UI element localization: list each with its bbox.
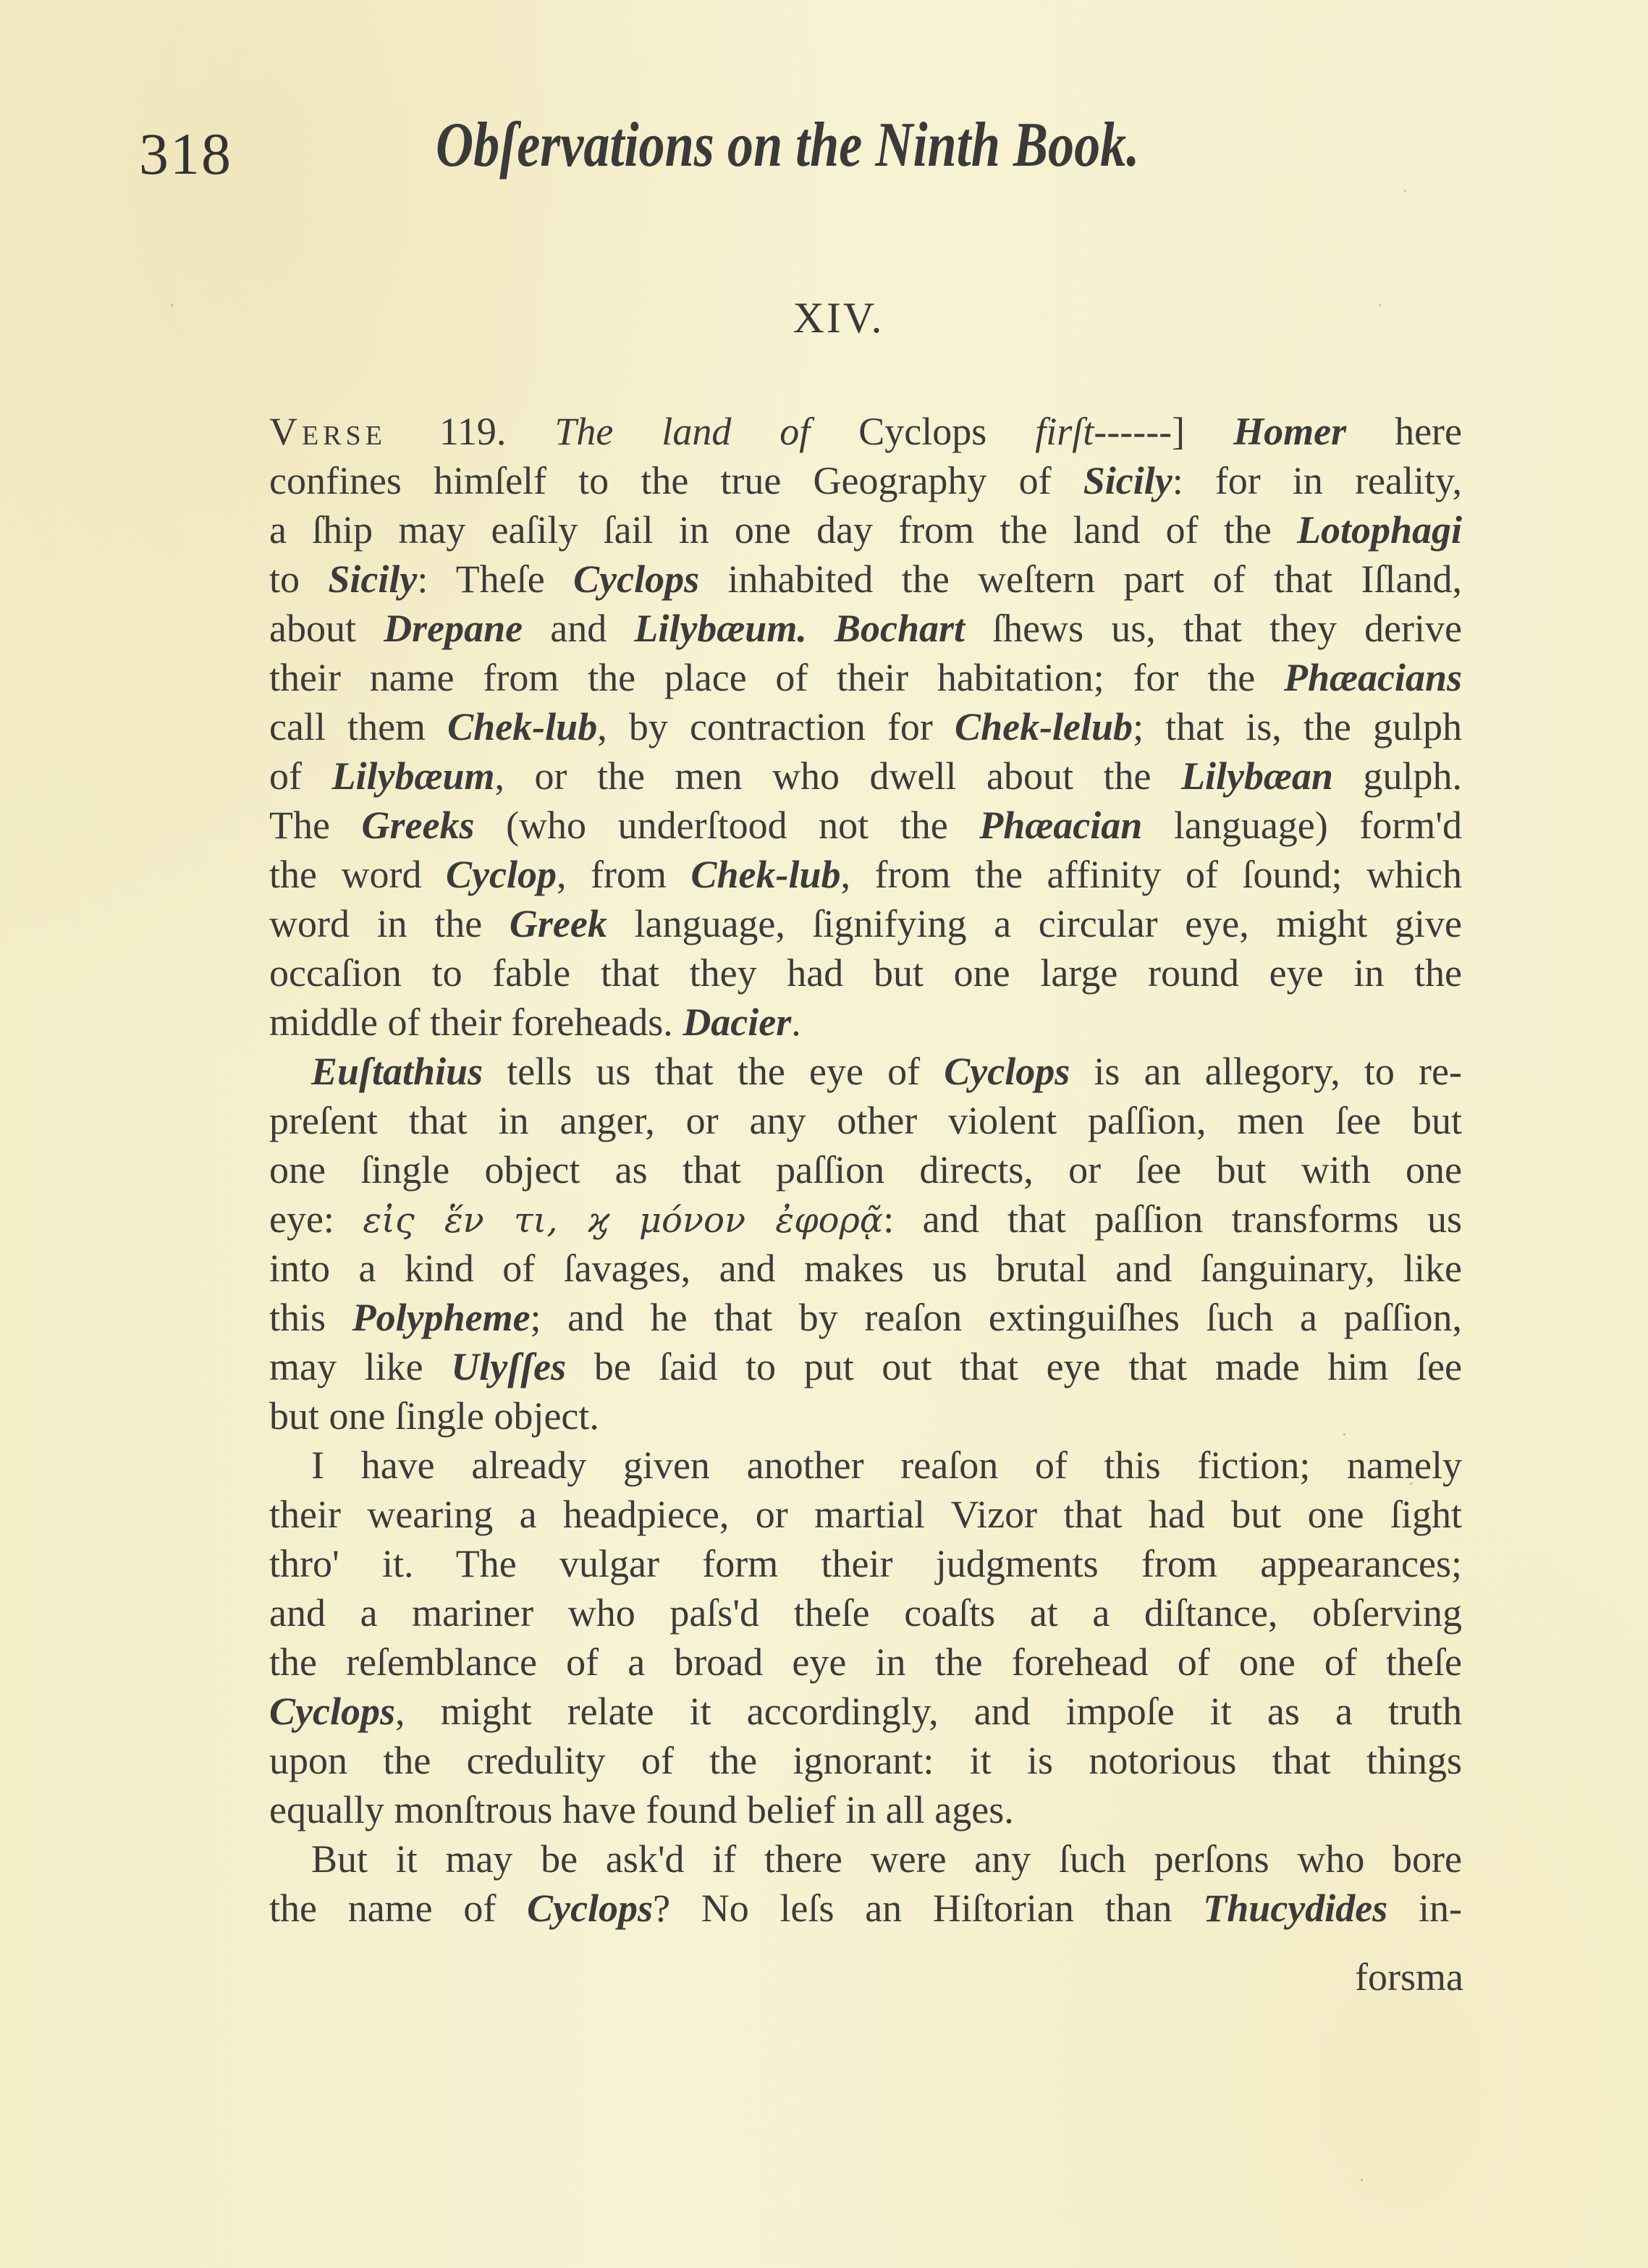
italic-name: Euſtathius xyxy=(311,1050,483,1093)
text-line: middle of their foreheads. Dacier. xyxy=(269,998,1462,1047)
paper-speck xyxy=(1343,1433,1345,1436)
italic-name: Cyclops xyxy=(527,1887,653,1930)
roman-text: . xyxy=(791,1000,801,1044)
roman-text: one ſingle object as that paſſion direct… xyxy=(269,1148,1462,1192)
italic-name: Cyclop xyxy=(446,853,557,896)
paper-speck xyxy=(1361,2179,1363,2181)
roman-text: ; that is, the gulph xyxy=(1133,705,1462,749)
roman-text: , from xyxy=(557,853,691,896)
text-line: upon the credulity of the ignorant: it i… xyxy=(269,1736,1462,1785)
italic-name: Cyclops xyxy=(573,557,699,601)
text-line: preſent that in anger, or any other viol… xyxy=(269,1096,1462,1145)
text-line: their name from the place of their habit… xyxy=(269,653,1462,702)
text-line: the reſemblance of a broad eye in the fo… xyxy=(269,1637,1462,1687)
roman-text: a ſhip may eaſily ſail in one day from t… xyxy=(269,508,1297,552)
text-line: occaſion to fable that they had but one … xyxy=(269,948,1462,998)
roman-text: to xyxy=(269,557,328,601)
roman-text: thro' it. The vulgar form their judgment… xyxy=(269,1542,1462,1585)
italic-name: Thucydides xyxy=(1203,1887,1387,1930)
italic-name: Greek xyxy=(510,902,607,945)
roman-text: but one ſingle object. xyxy=(269,1394,599,1438)
roman-text: the name of xyxy=(269,1887,527,1930)
text-line: a ſhip may eaſily ſail in one day from t… xyxy=(269,505,1462,555)
italic-text: firſt------ xyxy=(1035,410,1172,453)
catchword: forsma xyxy=(1355,1955,1463,1999)
roman-text: : Theſe xyxy=(417,557,573,601)
roman-text: this xyxy=(269,1296,352,1339)
paper-speck xyxy=(1404,190,1406,192)
roman-text: and xyxy=(523,607,634,650)
roman-text: language, ſignifying a circular eye, mig… xyxy=(607,902,1462,945)
italic-name: Chek-lelub xyxy=(955,705,1133,749)
running-title: Obſervations on the Ninth Book. xyxy=(436,109,1139,182)
roman-text: their name from the place of their habit… xyxy=(269,656,1284,699)
roman-text: of xyxy=(269,754,332,798)
small-caps-text: Verse xyxy=(269,410,439,453)
roman-text: call them xyxy=(269,705,447,749)
roman-text: here xyxy=(1346,410,1462,453)
roman-text: their wearing a headpiece, or martial Vi… xyxy=(269,1493,1462,1536)
text-line: to Sicily: Theſe Cyclops inhabited the w… xyxy=(269,555,1462,604)
roman-text: ſhews us, that they derive xyxy=(965,607,1462,650)
italic-name: Ulyſſes xyxy=(451,1345,566,1388)
roman-text: : and that paſſion transforms us xyxy=(883,1197,1462,1241)
roman-text xyxy=(807,607,834,650)
roman-text: eye: xyxy=(269,1197,363,1241)
roman-text: the reſemblance of a broad eye in the fo… xyxy=(269,1640,1462,1684)
roman-text: , might relate it accordingly, and impoſ… xyxy=(395,1690,1462,1733)
roman-text: tells us that the eye of xyxy=(483,1050,944,1093)
roman-text: middle of their foreheads. xyxy=(269,1000,683,1044)
italic-name: Dacier xyxy=(683,1000,791,1044)
roman-text: in- xyxy=(1387,1887,1462,1930)
text-line: into a kind of ſavages, and makes us bru… xyxy=(269,1244,1462,1293)
italic-name: Bochart xyxy=(834,607,965,650)
text-line: confines himſelf to the true Geography o… xyxy=(269,456,1462,505)
text-line: equally monſtrous have found belief in a… xyxy=(269,1785,1462,1834)
roman-text: upon the credulity of the ignorant: it i… xyxy=(269,1739,1462,1782)
roman-text: ; and he that by reaſon extinguiſhes ſuc… xyxy=(531,1296,1462,1339)
text-line: thro' it. The vulgar form their judgment… xyxy=(269,1539,1462,1588)
roman-text: : for in reality, xyxy=(1172,459,1462,502)
roman-text: may like xyxy=(269,1345,451,1388)
roman-text: confines himſelf to the true Geography o… xyxy=(269,459,1083,502)
italic-name: Homer xyxy=(1233,410,1346,453)
roman-text: ? No leſs an Hiſtorian than xyxy=(653,1887,1203,1930)
roman-text: about xyxy=(269,607,384,650)
text-line: but one ſingle object. xyxy=(269,1391,1462,1441)
roman-text: (who underſtood not the xyxy=(475,804,980,847)
paper-speck xyxy=(171,304,173,306)
text-line: and a mariner who paſs'd theſe coaſts at… xyxy=(269,1588,1462,1637)
text-line: word in the Greek language, ſignifying a… xyxy=(269,899,1462,948)
roman-text: The xyxy=(269,804,362,847)
roman-text: language) form'd xyxy=(1142,804,1462,847)
body-text: Verse 119. The land of Cyclops firſt----… xyxy=(269,407,1462,1933)
paper-speck xyxy=(1379,304,1381,306)
text-line: may like Ulyſſes be ſaid to put out that… xyxy=(269,1342,1462,1391)
paper-speck xyxy=(1410,1483,1412,1485)
text-line: Verse 119. The land of Cyclops firſt----… xyxy=(269,407,1462,456)
text-line: I have already given another reaſon of t… xyxy=(269,1441,1462,1490)
roman-text: ] xyxy=(1172,410,1233,453)
roman-text: , or the men who dwell about the xyxy=(495,754,1181,798)
italic-name: Chek-lub xyxy=(690,853,840,896)
roman-text: But it may be ask'd if there were any ſu… xyxy=(311,1837,1462,1881)
text-line: the word Cyclop, from Chek-lub, from the… xyxy=(269,850,1462,899)
text-line: of Lilybæum, or the men who dwell about … xyxy=(269,751,1462,801)
text-line: But it may be ask'd if there were any ſu… xyxy=(269,1834,1462,1884)
text-line: their wearing a headpiece, or martial Vi… xyxy=(269,1490,1462,1539)
roman-text: and a mariner who paſs'd theſe coaſts at… xyxy=(269,1591,1462,1635)
book-page: 318 Obſervations on the Ninth Book. XIV.… xyxy=(0,0,1648,2268)
text-line: about Drepane and Lilybæum. Bochart ſhew… xyxy=(269,604,1462,653)
roman-text: 119. xyxy=(439,410,554,453)
text-line: Cyclops, might relate it accordingly, an… xyxy=(269,1687,1462,1736)
roman-text: I have already given another reaſon of t… xyxy=(311,1443,1462,1487)
roman-text: occaſion to fable that they had but one … xyxy=(269,951,1462,995)
roman-text: the word xyxy=(269,853,446,896)
roman-text: word in the xyxy=(269,902,510,945)
roman-text: into a kind of ſavages, and makes us bru… xyxy=(269,1247,1462,1290)
page-number: 318 xyxy=(139,120,232,188)
italic-name: Polypheme xyxy=(352,1296,531,1339)
greek-quotation: εἰς ἕν τι, ϗ μόνον ἐφορᾷ xyxy=(363,1200,883,1241)
italic-name: Lotophagi xyxy=(1297,508,1462,552)
roman-text: be ſaid to put out that eye that made hi… xyxy=(566,1345,1462,1388)
roman-text: gulph. xyxy=(1333,754,1462,798)
section-number: XIV. xyxy=(0,293,1648,343)
italic-name: Lilybæum. xyxy=(634,607,807,650)
italic-name: Cyclops xyxy=(944,1050,1070,1093)
roman-text: equally monſtrous have found belief in a… xyxy=(269,1788,1014,1831)
text-line: this Polypheme; and he that by reaſon ex… xyxy=(269,1293,1462,1342)
italic-name: Drepane xyxy=(384,607,523,650)
roman-text: , from the affinity of ſound; which xyxy=(841,853,1462,896)
text-line: call them Chek-lub, by contraction for C… xyxy=(269,702,1462,751)
italic-name: Phæacian xyxy=(979,804,1142,847)
italic-name: Cyclops xyxy=(269,1690,395,1733)
text-line: Euſtathius tells us that the eye of Cycl… xyxy=(269,1047,1462,1096)
running-head: 318 Obſervations on the Ninth Book. xyxy=(139,109,1268,188)
text-line: one ſingle object as that paſſion direct… xyxy=(269,1145,1462,1194)
roman-text: , by contraction for xyxy=(597,705,955,749)
roman-text: preſent that in anger, or any other viol… xyxy=(269,1099,1462,1142)
italic-name: Phæacians xyxy=(1284,656,1462,699)
text-line: the name of Cyclops? No leſs an Hiſtoria… xyxy=(269,1884,1462,1933)
roman-text: is an allegory, to re- xyxy=(1070,1050,1462,1093)
roman-text: Cyclops xyxy=(858,410,1035,453)
italic-name: Lilybæum xyxy=(332,754,495,798)
text-line: eye: εἰς ἕν τι, ϗ μόνον ἐφορᾷ: and that … xyxy=(269,1194,1462,1244)
text-line: The Greeks (who underſtood not the Phæac… xyxy=(269,801,1462,850)
italic-name: Lilybæan xyxy=(1181,754,1333,798)
italic-name: Sicily xyxy=(328,557,417,601)
italic-name: Chek-lub xyxy=(447,705,597,749)
roman-text: inhabited the weſtern part of that Iſlan… xyxy=(699,557,1462,601)
italic-name: Greeks xyxy=(362,804,475,847)
italic-text: The land of xyxy=(554,410,858,453)
italic-name: Sicily xyxy=(1083,459,1172,502)
